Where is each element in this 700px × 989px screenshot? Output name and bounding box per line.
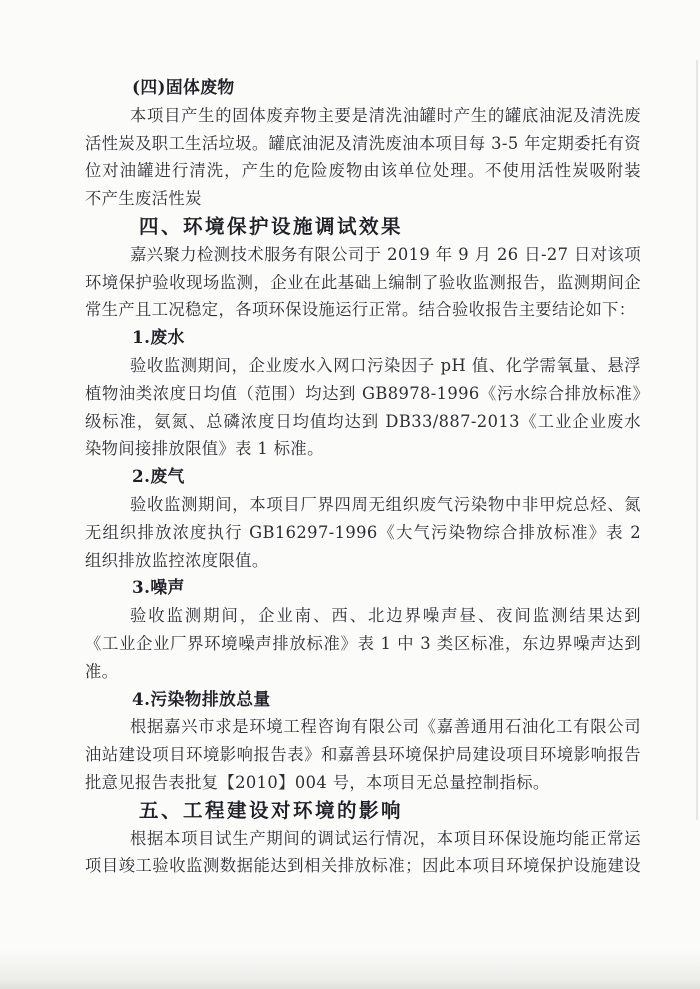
subsection-heading: (四)固体废物 [85,74,641,102]
text-line: 组织排放监控浓度限值。 [85,547,641,575]
scan-edge-artifact [696,60,698,820]
text-line: 验收监测期间，企业废水入网口污染因子 pH 值、化学需氧量、悬浮物、动 [85,352,641,380]
text-line: 油站建设项目环境影响报告表》和嘉善县环境保护局建设项目环境影响报告表审 [85,741,641,769]
text-line: 根据本项目试生产期间的调试运行情况，本项目环保设施均能正常运行。本 [85,825,641,853]
text-line: 染物间接排放限值》表 1 标准。 [85,435,641,463]
text-line: 植物油类浓度日均值（范围）均达到 GB8978-1996《污水综合排放标准》表 … [85,380,641,408]
text-line: 环境保护验收现场监测，企业在此基础上编制了验收监测报告，监测期间企业正 [85,269,641,297]
text-line: 《工业企业厂界环境噪声排放标准》表 1 中 3 类区标准，东边界噪声达到 4 类… [85,630,641,658]
subsection-heading: 3.噪声 [85,574,641,602]
text-line: 级标准，氨氮、总磷浓度日均值均达到 DB33/887-2013《工业企业废水氮、… [85,408,641,436]
text-line: 不产生废活性炭 [85,185,641,213]
subsection-heading: 2.废气 [85,463,641,491]
text-line: 本项目产生的固体废弃物主要是清洗油罐时产生的罐底油泥及清洗废油、废 [85,102,641,130]
text-line: 项目竣工验收监测数据能达到相关排放标准；因此本项目环境保护设施建设情况 [85,852,641,880]
text-line: 常生产且工况稳定，各项环保设施运行正常。结合验收报告主要结论如下： [85,296,641,324]
text-line: 验收监测期间，本项目厂界四周无组织废气污染物中非甲烷总烃、氮氧化物 [85,491,641,519]
text-line: 嘉兴聚力检测技术服务有限公司于 2019 年 9 月 26 日-27 日对该项目… [85,241,641,269]
section-heading: 四、环境保护设施调试效果 [85,213,641,241]
text-line: 活性炭及职工生活垃圾。罐底油泥及清洗废油本项目每 3-5 年定期委托有资质单 [85,130,641,158]
text-line: 位对油罐进行清洗，产生的危险废物由该单位处理。不使用活性炭吸附装置，故 [85,157,641,185]
text-line: 准。 [85,658,641,686]
text-line: 根据嘉兴市求是环境工程咨询有限公司《嘉善通用石油化工有限公司第一加 [85,713,641,741]
subsection-heading: 4.污染物排放总量 [85,686,641,714]
text-line: 无组织排放浓度执行 GB16297-1996《大气污染物综合排放标准》表 2 标… [85,519,641,547]
document-page: (四)固体废物本项目产生的固体废弃物主要是清洗油罐时产生的罐底油泥及清洗废油、废… [0,0,700,989]
section-heading: 五、工程建设对环境的影响 [85,797,641,825]
document-content: (四)固体废物本项目产生的固体废弃物主要是清洗油罐时产生的罐底油泥及清洗废油、废… [85,74,641,880]
text-line: 批意见报告表批复【2010】004 号，本项目无总量控制指标。 [85,769,641,797]
text-line: 验收监测期间，企业南、西、北边界噪声昼、夜间监测结果达到 GB12348-200… [85,602,641,630]
subsection-heading: 1.废水 [85,324,641,352]
